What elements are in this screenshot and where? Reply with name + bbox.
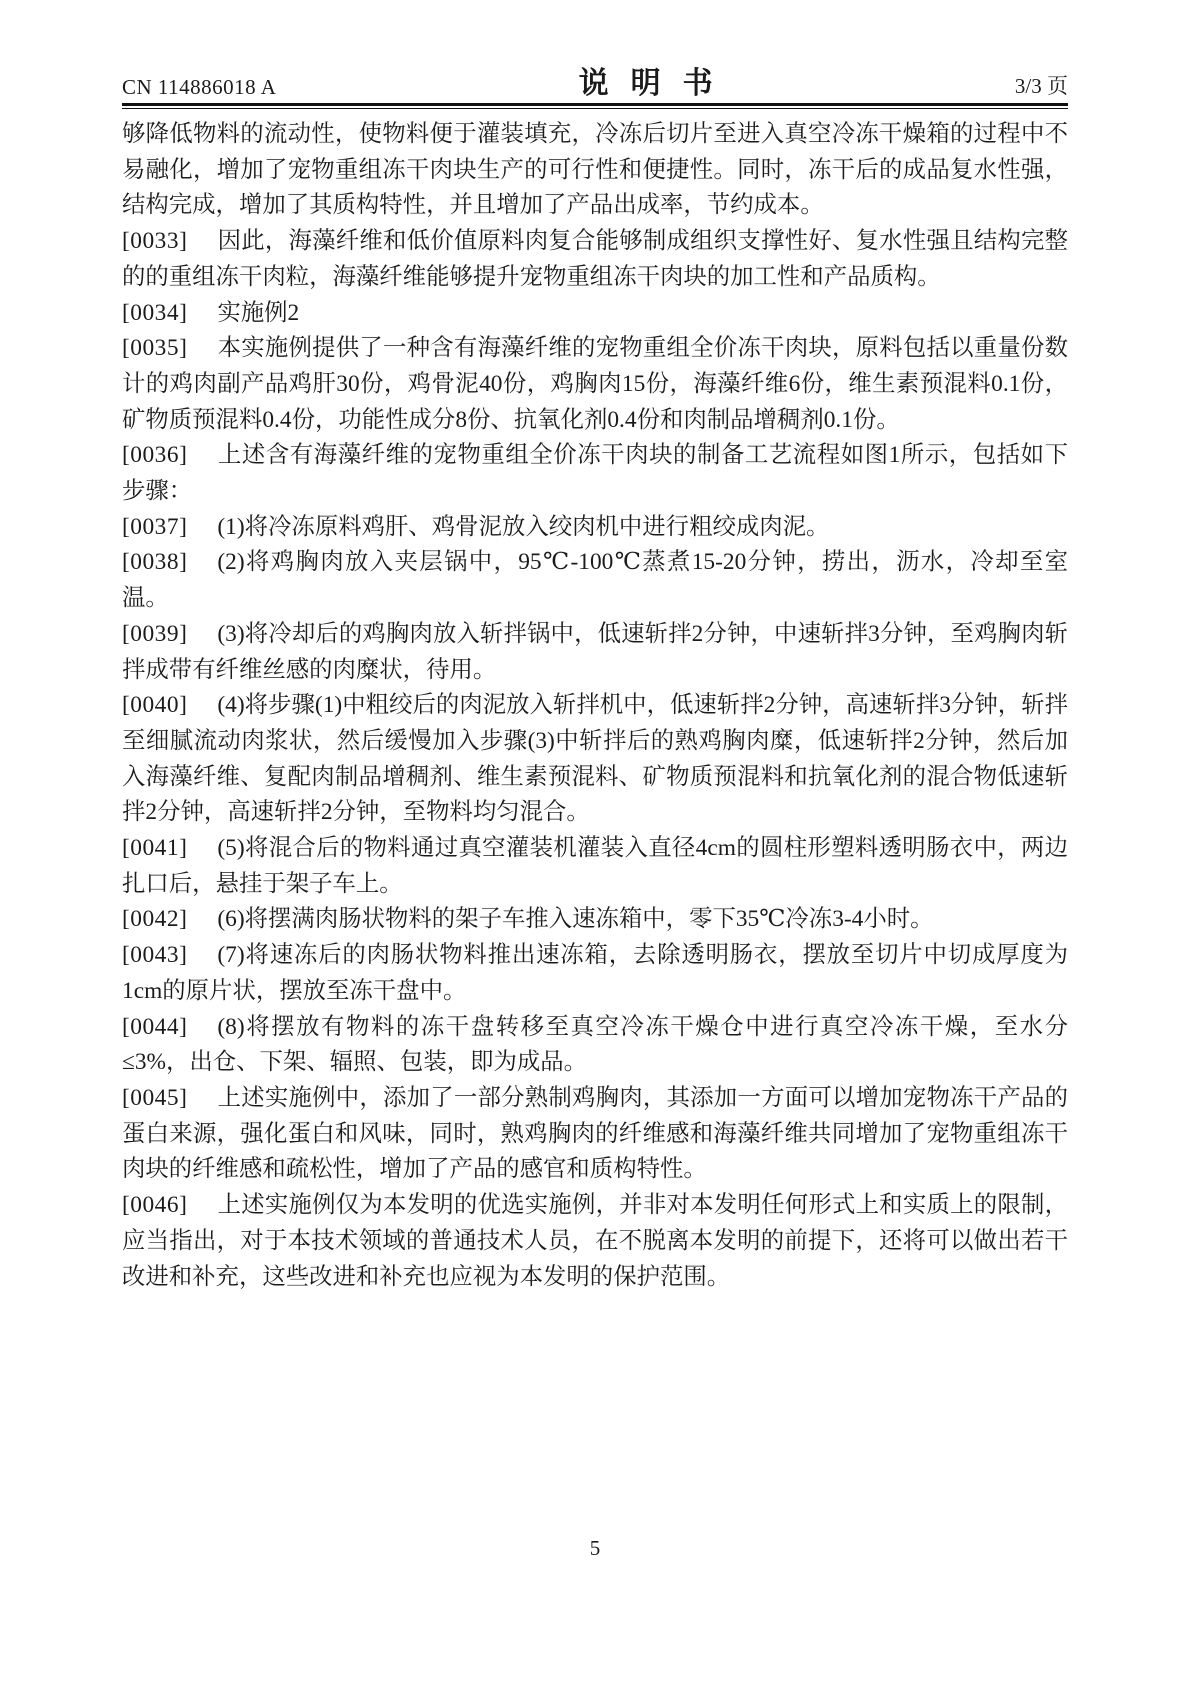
paragraph: [0039](3)将冷却后的鸡胸肉放入斩拌锅中，低速斩拌2分钟，中速斩拌3分钟，…	[122, 617, 1068, 688]
paragraph-text: 够降低物料的流动性，使物料便于灌装填充，冷冻后切片至进入真空冷冻干燥箱的过程中不…	[122, 121, 1068, 218]
paragraph-number: [0046]	[122, 1188, 187, 1224]
paragraph-text: (7)将速冻后的肉肠状物料推出速冻箱，去除透明肠衣，摆放至切片中切成厚度为1cm…	[122, 942, 1068, 1004]
paragraph: [0042](6)将摆满肉肠状物料的架子车推入速冻箱中，零下35℃冷冻3-4小时…	[122, 902, 1068, 938]
header-rule	[122, 103, 1068, 109]
page-footer: 5	[0, 1536, 1190, 1561]
paragraph: [0044](8)将摆放有物料的冻干盘转移至真空冷冻干燥仓中进行真空冷冻干燥，至…	[122, 1010, 1068, 1081]
paragraph-text: (1)将冷冻原料鸡肝、鸡骨泥放入绞肉机中进行粗绞成肉泥。	[217, 514, 829, 540]
page-header: CN 114886018 A 说明书 3/3 页	[122, 58, 1068, 102]
paragraph: [0040](4)将步骤(1)中粗绞后的肉泥放入斩拌机中，低速斩拌2分钟，高速斩…	[122, 688, 1068, 831]
description-body: 够降低物料的流动性，使物料便于灌装填充，冷冻后切片至进入真空冷冻干燥箱的过程中不…	[122, 117, 1068, 1295]
paragraph-text: 因此，海藻纤维和低价值原料肉复合能够制成组织支撑性好、复水性强且结构完整的的重组…	[122, 228, 1068, 290]
paragraph-number: [0043]	[122, 938, 187, 974]
paragraph-number: [0034]	[122, 296, 187, 332]
doc-title: 说明书	[557, 58, 735, 102]
paragraph-number: [0039]	[122, 617, 187, 653]
paragraph: [0033]因此，海藻纤维和低价值原料肉复合能够制成组织支撑性好、复水性强且结构…	[122, 224, 1068, 295]
paragraph: [0034]实施例2	[122, 296, 1068, 332]
paragraph-number: [0045]	[122, 1081, 187, 1117]
paragraph-number: [0042]	[122, 902, 187, 938]
paragraph: [0036]上述含有海藻纤维的宠物重组全价冻干肉块的制备工艺流程如图1所示，包括…	[122, 438, 1068, 509]
paragraph: [0046]上述实施例仅为本发明的优选实施例，并非对本发明任何形式上和实质上的限…	[122, 1188, 1068, 1295]
paragraph-text: (5)将混合后的物料通过真空灌装机灌装入直径4cm的圆柱形塑料透明肠衣中，两边扎…	[122, 835, 1068, 897]
paragraph-number: [0040]	[122, 688, 187, 724]
paragraph-text: (4)将步骤(1)中粗绞后的肉泥放入斩拌机中，低速斩拌2分钟，高速斩拌3分钟，斩…	[122, 692, 1068, 825]
paragraph: [0043](7)将速冻后的肉肠状物料推出速冻箱，去除透明肠衣，摆放至切片中切成…	[122, 938, 1068, 1009]
paragraph-text: 本实施例提供了一种含有海藻纤维的宠物重组全价冻干肉块，原料包括以重量份数计的鸡肉…	[122, 335, 1068, 432]
page-number: 5	[590, 1536, 601, 1560]
paragraph-text: 上述实施例仅为本发明的优选实施例，并非对本发明任何形式上和实质上的限制，应当指出…	[122, 1192, 1068, 1289]
paragraph: 够降低物料的流动性，使物料便于灌装填充，冷冻后切片至进入真空冷冻干燥箱的过程中不…	[122, 117, 1068, 224]
paragraph-text: (8)将摆放有物料的冻干盘转移至真空冷冻干燥仓中进行真空冷冻干燥，至水分≤3%，…	[122, 1014, 1068, 1076]
paragraph-text: 实施例2	[217, 300, 299, 326]
paragraph: [0035]本实施例提供了一种含有海藻纤维的宠物重组全价冻干肉块，原料包括以重量…	[122, 331, 1068, 438]
paragraph: [0038](2)将鸡胸肉放入夹层锅中，95℃-100℃蒸煮15-20分钟，捞出…	[122, 545, 1068, 616]
paragraph-number: [0033]	[122, 224, 187, 260]
paragraph-number: [0038]	[122, 545, 187, 581]
paragraph-number: [0041]	[122, 831, 187, 867]
paragraph: [0045]上述实施例中，添加了一部分熟制鸡胸肉，其添加一方面可以增加宠物冻干产…	[122, 1081, 1068, 1188]
paragraph-number: [0044]	[122, 1010, 187, 1046]
paragraph-text: 上述含有海藻纤维的宠物重组全价冻干肉块的制备工艺流程如图1所示，包括如下步骤：	[122, 442, 1068, 504]
paragraph-number: [0035]	[122, 331, 187, 367]
paragraph-text: 上述实施例中，添加了一部分熟制鸡胸肉，其添加一方面可以增加宠物冻干产品的蛋白来源…	[122, 1085, 1068, 1182]
paragraph-number: [0036]	[122, 438, 187, 474]
doc-number: CN 114886018 A	[122, 75, 276, 102]
page-indicator: 3/3 页	[1015, 70, 1068, 102]
paragraph-text: (2)将鸡胸肉放入夹层锅中，95℃-100℃蒸煮15-20分钟，捞出，沥水，冷却…	[122, 549, 1068, 611]
paragraph: [0037](1)将冷冻原料鸡肝、鸡骨泥放入绞肉机中进行粗绞成肉泥。	[122, 510, 1068, 546]
paragraph-number: [0037]	[122, 510, 187, 546]
paragraph: [0041](5)将混合后的物料通过真空灌装机灌装入直径4cm的圆柱形塑料透明肠…	[122, 831, 1068, 902]
paragraph-text: (6)将摆满肉肠状物料的架子车推入速冻箱中，零下35℃冷冻3-4小时。	[217, 906, 933, 932]
patent-description-page: CN 114886018 A 说明书 3/3 页 够降低物料的流动性，使物料便于…	[0, 0, 1190, 1684]
paragraph-text: (3)将冷却后的鸡胸肉放入斩拌锅中，低速斩拌2分钟，中速斩拌3分钟，至鸡胸肉斩拌…	[122, 621, 1068, 683]
